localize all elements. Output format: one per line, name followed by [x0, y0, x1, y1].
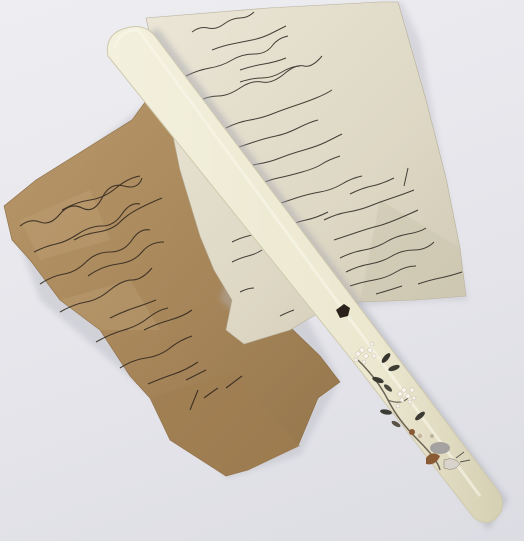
- photo-scene: [0, 0, 524, 541]
